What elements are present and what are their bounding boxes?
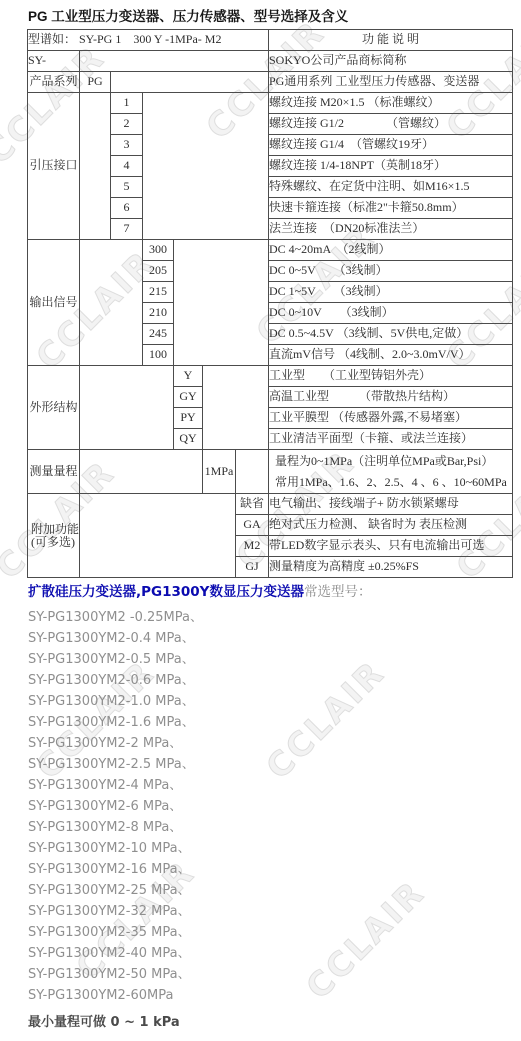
desc-cell: 螺纹连接 G1/2 （管螺纹）	[269, 114, 513, 135]
models-heading: 扩散硅压力变送器,PG1300Y数显压力变送器常选型号：	[28, 584, 371, 600]
min-range-note: 最小量程可做 0 ~ 1 kPa	[28, 1011, 371, 1030]
desc-cell: SOKYO公司产品商标简称	[269, 51, 513, 72]
code-cell: 300	[143, 240, 174, 261]
model-list-item: SY-PG1300YM2-10 MPa、	[28, 838, 371, 859]
code-cell: 205	[143, 261, 174, 282]
code-cell: 210	[143, 303, 174, 324]
model-list-item: SY-PG1300YM2 -0.25MPa、	[28, 607, 371, 628]
section-label-output-signal: 输出信号	[28, 240, 80, 366]
code-cell: 1MPa	[203, 450, 236, 494]
model-list-item: SY-PG1300YM2-40 MPa、	[28, 943, 371, 964]
empty-cell	[80, 93, 111, 240]
code-cell: 5	[111, 177, 143, 198]
desc-cell: PG通用系列 工业型压力传感器、变送器	[269, 72, 513, 93]
desc-cell: 电气输出、接线端子+ 防水锁紧螺母	[269, 494, 513, 515]
code-cell: 6	[111, 198, 143, 219]
code-cell: 245	[143, 324, 174, 345]
model-list-item: SY-PG1300YM2-0.6 MPa、	[28, 670, 371, 691]
table-row: 测量量程 1MPa 量程为0~1MPa（注明单位MPa或Bar,Psi） 常用1…	[28, 450, 513, 494]
code-cell: PG	[80, 72, 111, 93]
desc-cell: 带LED数字显示表头、只有电流输出可选	[269, 536, 513, 557]
table-row: 引压接口 1 螺纹连接 M20×1.5 （标准螺纹）	[28, 93, 513, 114]
desc-cell: DC 4~20mA （2线制）	[269, 240, 513, 261]
desc-cell: 量程为0~1MPa（注明单位MPa或Bar,Psi） 常用1MPa、1.6、2、…	[269, 450, 513, 494]
desc-cell: 螺纹连接 1/4-18NPT（英制18牙）	[269, 156, 513, 177]
code-cell: 缺省	[236, 494, 269, 515]
range-desc-line1: 量程为0~1MPa（注明单位MPa或Bar,Psi）	[269, 451, 512, 472]
section-label-pressure-port: 引压接口	[28, 93, 80, 240]
code-cell: M2	[236, 536, 269, 557]
model-list-item: SY-PG1300YM2-60MPa	[28, 985, 371, 1006]
desc-cell: DC 1~5V （3线制）	[269, 282, 513, 303]
code-cell: 2	[111, 114, 143, 135]
desc-cell: 特殊螺纹、在定货中注明、如M16×1.5	[269, 177, 513, 198]
desc-cell: 高温工业型 （带散热片结构）	[269, 387, 513, 408]
empty-cell	[80, 450, 203, 494]
code-cell: 1	[111, 93, 143, 114]
models-heading-rest: 常选型号：	[304, 584, 372, 600]
model-list-item: SY-PG1300YM2-32 MPa、	[28, 901, 371, 922]
desc-cell: 工业型 （工业型铸铝外壳）	[269, 366, 513, 387]
section-label-structure: 外形结构	[28, 366, 80, 450]
desc-cell: 快速卡箍连接（标准2"卡箍50.8mm）	[269, 198, 513, 219]
table-row: 产品系列 PG PG通用系列 工业型压力传感器、变送器	[28, 72, 513, 93]
code-cell: PY	[174, 408, 203, 429]
model-list-item: SY-PG1300YM2-2.5 MPa、	[28, 754, 371, 775]
empty-cell	[80, 494, 236, 578]
model-list-item: SY-PG1300YM2-4 MPa、	[28, 775, 371, 796]
additional-functions-note: (可多选)	[28, 536, 79, 549]
model-list-item: SY-PG1300YM2-35 MPa、	[28, 922, 371, 943]
code-cell: 3	[111, 135, 143, 156]
header-model-spectrum: 型谱如： SY-PG 1 300 Y -1MPa- M2	[28, 30, 269, 51]
model-list-item: SY-PG1300YM2-1.0 MPa、	[28, 691, 371, 712]
table-row: 输出信号 300 DC 4~20mA （2线制）	[28, 240, 513, 261]
page-title: PG 工业型压力变送器、压力传感器、型号选择及含义	[28, 5, 348, 25]
empty-cell	[111, 72, 269, 93]
model-list-item: SY-PG1300YM2-8 MPa、	[28, 817, 371, 838]
section-label-sy: SY-	[28, 51, 80, 72]
model-list-item: SY-PG1300YM2-0.4 MPa、	[28, 628, 371, 649]
code-cell: 100	[143, 345, 174, 366]
model-list-item: SY-PG1300YM2-1.6 MPa、	[28, 712, 371, 733]
model-spec-table: 型谱如： SY-PG 1 300 Y -1MPa- M2 功 能 说 明 SY-…	[27, 29, 513, 578]
empty-cell	[80, 366, 174, 450]
desc-cell: 螺纹连接 G1/4 （管螺纹19牙）	[269, 135, 513, 156]
desc-cell: 测量精度为高精度 ±0.25%FS	[269, 557, 513, 578]
empty-cell	[174, 240, 269, 366]
model-list-item: SY-PG1300YM2-0.5 MPa、	[28, 649, 371, 670]
model-list-item: SY-PG1300YM2-6 MPa、	[28, 796, 371, 817]
range-desc-line2: 常用1MPa、1.6、2、2.5、4 、6 、10~60MPa	[269, 472, 512, 493]
empty-cell	[80, 240, 143, 366]
code-cell: 4	[111, 156, 143, 177]
model-list-item: SY-PG1300YM2-25 MPa、	[28, 880, 371, 901]
additional-functions-label: 附加功能	[28, 523, 79, 536]
model-list-section: 扩散硅压力变送器,PG1300Y数显压力变送器常选型号： SY-PG1300YM…	[28, 584, 371, 1030]
section-label-additional-functions: 附加功能 (可多选)	[28, 494, 80, 578]
empty-cell	[143, 93, 269, 240]
empty-cell	[203, 366, 269, 450]
desc-cell: 绝对式压力检测、 缺省时为 表压检测	[269, 515, 513, 536]
code-cell: GY	[174, 387, 203, 408]
section-label-range: 测量量程	[28, 450, 80, 494]
desc-cell: DC 0~5V （3线制）	[269, 261, 513, 282]
code-cell: GJ	[236, 557, 269, 578]
code-cell: Y	[174, 366, 203, 387]
section-label-series: 产品系列	[28, 72, 80, 93]
header-function-desc: 功 能 说 明	[269, 30, 513, 51]
desc-cell: DC 0.5~4.5V （3线制、5V供电,定做）	[269, 324, 513, 345]
table-row: 附加功能 (可多选) 缺省 电气输出、接线端子+ 防水锁紧螺母	[28, 494, 513, 515]
model-list-item: SY-PG1300YM2-2 MPa、	[28, 733, 371, 754]
desc-cell: 直流mV信号 （4线制、2.0~3.0mV/V）	[269, 345, 513, 366]
desc-cell: 工业清洁平面型（卡箍、或法兰连接）	[269, 429, 513, 450]
table-row: 外形结构 Y 工业型 （工业型铸铝外壳）	[28, 366, 513, 387]
desc-cell: 螺纹连接 M20×1.5 （标准螺纹）	[269, 93, 513, 114]
table-row: 型谱如： SY-PG 1 300 Y -1MPa- M2 功 能 说 明	[28, 30, 513, 51]
code-cell: GA	[236, 515, 269, 536]
models-heading-bold: 扩散硅压力变送器,PG1300Y数显压力变送器	[28, 584, 304, 600]
desc-cell: DC 0~10V （3线制）	[269, 303, 513, 324]
desc-cell: 工业平膜型 （传感器外露,不易堵塞）	[269, 408, 513, 429]
desc-cell: 法兰连接 （DN20标准法兰）	[269, 219, 513, 240]
code-cell: QY	[174, 429, 203, 450]
empty-cell	[236, 450, 269, 494]
table-row: SY- SOKYO公司产品商标简称	[28, 51, 513, 72]
model-list-item: SY-PG1300YM2-50 MPa、	[28, 964, 371, 985]
code-cell: 7	[111, 219, 143, 240]
empty-cell	[80, 51, 269, 72]
model-list-item: SY-PG1300YM2-16 MPa、	[28, 859, 371, 880]
code-cell: 215	[143, 282, 174, 303]
